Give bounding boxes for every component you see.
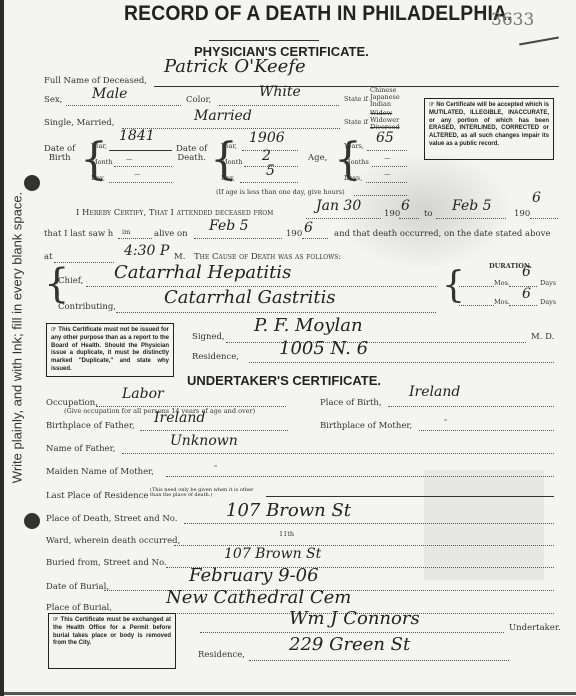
color-label: Color, [186,95,211,105]
residence-label: Residence, [192,352,239,362]
age-days-label: Days, [344,174,362,182]
occupation-value: Labor [122,386,164,402]
death-day-label: Day, [221,174,235,182]
birth-month-label: Month [91,158,113,166]
time-suffix: M. [174,252,185,262]
death-label: Date of Death. [176,145,207,163]
year-prefix: 190 [514,209,530,219]
signed-line [226,342,526,343]
death-year-label: Year, [221,142,237,150]
last-residence-line [266,496,554,497]
attended-to-value: Feb 5 [452,198,492,214]
father-birthplace-value: Ireland [154,410,205,426]
days-label: Days [540,298,556,306]
mother-birthplace-value: " [444,418,447,426]
signed-value: P. F. Moylan [254,315,363,336]
alive-on-label: alive on [154,229,188,239]
color-line [219,105,339,106]
birth-label: Date of Birth [44,145,75,163]
death-day-line [240,182,298,183]
last-residence-label: Last Place of Residence [46,491,148,501]
notice-board-of-health: ☞ This Certificate must not be issued fo… [46,323,174,377]
undertaker-name-value: Wm J Connors [289,608,420,629]
ward-label: Ward, wherein death occurred, [46,536,180,546]
chief-cause-value: Catarrhal Hepatitis [114,262,291,283]
age-days-value: — [384,170,391,178]
place-of-death-line [184,523,554,524]
place-of-birth-label: Place of Birth, [320,398,382,408]
contributing-duration-line [459,305,494,306]
death-month-label: Month [221,158,243,166]
place-of-birth-line [388,406,554,407]
certify-text: I Hereby Certify, That I attended deceas… [76,208,273,218]
serial-mark [519,37,559,46]
last-saw-text: that I last saw h [44,229,113,239]
undertaker-line [200,632,504,633]
chief-duration-line [459,286,494,287]
residence-value: 1005 N. 6 [279,338,368,359]
residence-line [249,362,554,363]
father-name-label: Name of Father, [46,444,115,454]
age-years-value: 65 [376,130,394,146]
full-name-line [154,86,559,87]
md-label: M. D. [531,332,554,342]
buried-from-label: Buried from, Street and No. [46,558,167,568]
death-record-page: Write plainly, and with Ink; fill in eve… [0,0,576,696]
age-days-line [366,182,407,183]
attended-to-year-line [530,218,558,219]
attended-to-year: 6 [532,190,541,206]
father-birthplace-line [140,430,288,431]
father-birthplace-label: Birthplace of Father, [46,421,135,431]
pointing-hand-icon: ☞ [53,617,61,623]
mos-label: Mos. [494,279,510,287]
last-saw-date-line [194,238,282,239]
father-name-value: Unknown [170,433,238,449]
last-saw-pronoun: im [122,228,130,236]
age-months-value: — [384,154,391,162]
last-saw-date: Feb 5 [209,218,249,234]
year-prefix: 190 [384,209,400,219]
birth-year-value: 1841 [119,128,155,144]
ink-blot [24,175,40,191]
burial-date-label: Date of Burial, [46,582,109,592]
attended-from-year-line [399,218,419,219]
marital-line [122,128,340,129]
burial-date-value: February 9-06 [189,565,319,586]
mother-birthplace-label: Birthplace of Mother, [320,421,412,431]
burial-place-label: Place of Burial, [46,603,112,613]
pronoun-line [118,238,152,239]
attended-from-year: 6 [401,198,410,214]
last-residence-note: (This need only be given when it is othe… [150,488,260,499]
sex-value: Male [92,86,127,102]
birth-day-label: Day, [91,174,105,182]
burial-place-value: New Cathedral Cem [166,587,351,608]
birth-month-value: — [126,155,133,163]
contributing-label: Contributing, [58,302,116,312]
last-saw-year: 6 [304,220,313,236]
birth-year-label: Year, [91,142,107,150]
attended-from-value: Jan 30 [316,198,361,214]
side-instruction: Write plainly, and with Ink; fill in eve… [10,103,25,573]
full-name-label: Full Name of Deceased, [44,76,147,86]
undertaker-residence-value: 229 Green St [289,634,410,655]
sex-line [66,105,181,106]
marital-value: Married [194,108,252,124]
death-day-value: 5 [266,163,275,179]
chief-duration-mos: 6 [522,264,531,280]
state-if-label-2: State if [344,118,368,126]
death-month-value: 2 [262,148,271,164]
notice-exchange-permit: ☞ This Certificate must be exchanged at … [48,613,176,669]
last-saw-year-line [302,238,328,239]
age-years-line [367,150,407,151]
mother-birthplace-line [419,430,554,431]
age-label: Age, [308,153,327,163]
marital-label: Single, Married, [44,118,114,128]
undertaker-label: Undertaker. [509,623,561,633]
ward-value: 11th [279,530,294,538]
widow-options: Widow Widower Divorced [370,110,400,130]
contributing-line [116,312,436,313]
attended-from-line [306,218,381,219]
document-title: RECORD OF A DEATH IN PHILADELPHIA. [124,2,513,26]
notice-no-certificate: ☞ No Certificate will be accepted which … [424,98,554,160]
attended-to-line [436,218,506,219]
cause-intro: The Cause of Death was as follows: [194,252,341,262]
death-occurred-text: and that death occurred, on the date sta… [334,229,550,239]
days-label: Days [540,279,556,287]
state-if-label: State if [344,95,368,103]
place-of-death-value: 107 Brown St [226,500,351,521]
serial-number: 3633 [491,10,534,30]
year-prefix: 190 [286,229,302,239]
place-of-death-label: Place of Death, Street and No. [46,514,177,524]
mother-maiden-label: Maiden Name of Mother, [46,467,154,477]
time-value: 4:30 P [124,243,169,259]
contributing-cause-value: Catarrhal Gastritis [164,287,336,308]
mos-label: Mos. [494,298,510,306]
title-rule [209,40,319,41]
mother-maiden-line [166,476,554,477]
father-name-line [122,453,554,454]
birth-day-value: — [134,170,141,178]
chief-label: Chief, [58,276,83,286]
to-label: to [424,209,433,219]
age-hours-line [354,195,407,196]
race-options: Chinese Japanese Indian [370,87,400,107]
age-months-line [372,166,407,167]
signed-label: Signed, [192,332,225,342]
birth-year-line [109,150,172,151]
place-of-birth-value: Ireland [409,384,460,400]
contributing-duration-mos: 6 [522,286,531,302]
age-hours-note: (If age is less than one day, give hours… [216,188,345,196]
age-years-label: Years, [344,142,364,150]
undertaker-heading: UNDERTAKER'S CERTIFICATE. [187,373,381,388]
contributing-mos-line [509,305,537,306]
color-value: White [259,84,301,100]
mother-maiden-value: " [214,464,217,472]
age-months-label: Months [344,158,369,166]
undertaker-residence-label: Residence, [198,650,245,660]
full-name-value: Patrick O'Keefe [164,56,306,77]
death-year-value: 1906 [249,130,285,146]
undertaker-residence-line [249,660,509,661]
birth-month-line [114,166,172,167]
ink-blot [24,513,40,529]
birth-day-line [109,182,172,183]
scan-shading [424,470,544,580]
sex-label: Sex, [44,95,62,105]
page-bottom-edge [4,692,576,695]
buried-from-value: 107 Brown St [224,546,321,562]
